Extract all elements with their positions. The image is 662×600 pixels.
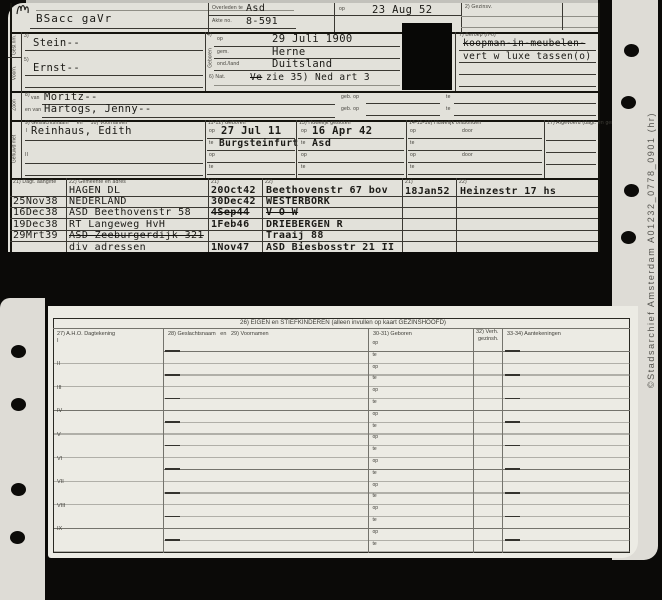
rule bbox=[334, 15, 461, 16]
address-entry: HAGEN DL bbox=[69, 186, 120, 196]
section-border bbox=[10, 91, 598, 93]
beroep-struck-value: koopman-in-meubelen- bbox=[463, 39, 585, 49]
rule bbox=[208, 207, 402, 208]
door-label: door bbox=[462, 153, 473, 158]
rule bbox=[298, 150, 404, 151]
op-label: op bbox=[339, 7, 345, 12]
divider bbox=[205, 32, 206, 91]
col27-header: 27) A.H.O. Dagtekening bbox=[57, 332, 115, 338]
rule bbox=[208, 218, 402, 219]
divider bbox=[205, 120, 206, 178]
rule bbox=[25, 163, 203, 164]
address-date-struck: 4Sep44 bbox=[211, 208, 250, 218]
row-dash bbox=[165, 516, 180, 518]
row-dash bbox=[165, 398, 180, 400]
rule bbox=[214, 85, 400, 86]
rule bbox=[25, 175, 203, 176]
rule bbox=[214, 70, 400, 71]
rule bbox=[402, 241, 598, 242]
row-numeral: VII bbox=[57, 480, 64, 486]
divider bbox=[455, 32, 456, 91]
rule bbox=[408, 150, 542, 151]
geb-op-label: geb. op bbox=[341, 95, 359, 100]
rule bbox=[402, 230, 598, 231]
overleden-label: Overleden te bbox=[212, 6, 243, 11]
rule bbox=[10, 196, 208, 197]
te-label: te bbox=[446, 95, 451, 100]
rule bbox=[208, 196, 402, 197]
punch-hole bbox=[621, 231, 636, 244]
akte-label: Akte no. bbox=[212, 19, 232, 24]
row-dash bbox=[165, 539, 180, 541]
col28-header: 28) Geslachtsnaam en 29) Voornamen bbox=[168, 332, 269, 338]
op-label: op bbox=[410, 129, 416, 134]
address-date: 20Oct42 bbox=[211, 186, 256, 196]
address-entry: div adressen bbox=[69, 243, 146, 253]
rule bbox=[42, 117, 335, 118]
rule bbox=[546, 140, 596, 141]
divider bbox=[21, 120, 22, 178]
firstname-value: Ernst-- bbox=[33, 63, 80, 74]
overleden-date: 23 Aug 52 bbox=[372, 5, 433, 16]
op-label: op bbox=[373, 506, 379, 511]
redaction-box bbox=[402, 23, 452, 90]
birth-gemeente: Herne bbox=[272, 47, 306, 58]
rule bbox=[10, 230, 208, 231]
birth-date: 29 Juli 1900 bbox=[272, 34, 353, 45]
rule bbox=[366, 103, 440, 104]
row-dash bbox=[505, 445, 520, 447]
row-dash bbox=[505, 350, 520, 352]
op-label: op bbox=[209, 153, 215, 158]
row2-marker: II bbox=[25, 153, 28, 158]
op-label: op bbox=[301, 129, 307, 134]
punch-hole bbox=[11, 483, 26, 496]
archive-watermark: ©Stadsarchief Amsterdam A01232_0778_0901… bbox=[646, 112, 656, 388]
row-numeral: IX bbox=[57, 527, 62, 533]
te-label: te bbox=[373, 353, 377, 358]
te-label: te bbox=[209, 165, 214, 170]
te-label: te bbox=[209, 141, 214, 146]
overleden-place: Asd bbox=[246, 4, 265, 14]
address-entry: DRIEBERGEN R bbox=[266, 220, 343, 230]
te-label: te bbox=[373, 376, 377, 381]
rule bbox=[461, 27, 598, 28]
field3-label: 3) bbox=[24, 34, 29, 39]
rule bbox=[402, 207, 598, 208]
rule bbox=[207, 162, 295, 163]
side-label-firstname: Voorn. bbox=[13, 66, 18, 80]
marriage-place: Asd bbox=[312, 139, 331, 149]
rule bbox=[10, 241, 208, 242]
punch-hole bbox=[621, 96, 636, 109]
mother-name: Hartogs, Jenny-- bbox=[44, 104, 152, 115]
address-entry: Beethovenstr 67 bov bbox=[266, 186, 388, 196]
punch-hole bbox=[624, 44, 639, 57]
divider bbox=[334, 3, 335, 32]
row-dash bbox=[505, 421, 520, 423]
row-numeral: V bbox=[57, 433, 61, 439]
row-dash bbox=[505, 398, 520, 400]
op-label: op bbox=[373, 365, 379, 370]
rule bbox=[408, 174, 542, 175]
en-van-label: en van bbox=[25, 108, 41, 113]
spouse-name: Reinhaus, Edith bbox=[31, 126, 132, 137]
rule bbox=[454, 103, 596, 104]
divider bbox=[21, 91, 22, 120]
te-label: te bbox=[301, 165, 306, 170]
op-label: op bbox=[373, 483, 379, 488]
rule bbox=[408, 138, 542, 139]
punch-hole bbox=[10, 531, 25, 544]
op-label: op bbox=[373, 341, 379, 346]
op-label: op bbox=[373, 412, 379, 417]
row-dash bbox=[165, 421, 180, 423]
rule bbox=[459, 62, 596, 63]
rule bbox=[25, 87, 203, 88]
address-date: 29Mrt39 bbox=[13, 231, 58, 241]
rule bbox=[25, 75, 203, 76]
rule bbox=[459, 74, 596, 75]
divider bbox=[21, 32, 22, 91]
row-numeral: I bbox=[57, 339, 59, 345]
rule bbox=[461, 16, 598, 17]
nat-label: 6) Nat. bbox=[209, 75, 225, 80]
divider bbox=[544, 120, 545, 178]
card-border-right bbox=[598, 3, 600, 252]
row-dash bbox=[505, 539, 520, 541]
row-numeral: VI bbox=[57, 457, 62, 463]
address-entry-struck: V O W bbox=[266, 208, 298, 218]
rule bbox=[546, 164, 596, 165]
op-label: op bbox=[373, 530, 379, 535]
address-entry: ASD Biesbosstr 21 II bbox=[266, 243, 394, 253]
te-label: te bbox=[373, 447, 377, 452]
te-label: te bbox=[410, 165, 415, 170]
spouse-birth-date: 27 Jul 11 bbox=[221, 126, 282, 137]
col30-header: 30-31) Geboren bbox=[373, 332, 412, 338]
punch-hole bbox=[11, 398, 26, 411]
left-margin-strip bbox=[0, 298, 45, 600]
address-date: 1Nov47 bbox=[211, 243, 250, 253]
side-label-gehuwd-met: Gehuwd met bbox=[13, 135, 18, 163]
rule bbox=[298, 162, 404, 163]
te-label: te bbox=[410, 141, 415, 146]
punch-hole bbox=[624, 184, 639, 197]
op-label: op bbox=[217, 37, 223, 42]
children-grid-lines bbox=[164, 340, 630, 552]
address-date: 25Nov38 bbox=[13, 197, 58, 207]
row-numeral: VIII bbox=[57, 504, 65, 510]
geb-op-label: geb. op bbox=[341, 107, 359, 112]
op-label: op bbox=[373, 388, 379, 393]
rule bbox=[53, 328, 630, 329]
nat-struck-value: Ve bbox=[250, 73, 262, 83]
te-label: te bbox=[373, 424, 377, 429]
op-label: op bbox=[301, 153, 307, 158]
spouse-birth-place: Burgsteinfurt bbox=[219, 139, 299, 149]
side-label-geboren: Geboren bbox=[209, 48, 214, 67]
divider bbox=[8, 57, 21, 58]
gezinsv-label: 2) Gezinsv. bbox=[465, 5, 492, 10]
rule bbox=[207, 150, 295, 151]
row1-marker: I bbox=[26, 129, 28, 134]
marriage-date: 16 Apr 42 bbox=[312, 126, 373, 137]
rule bbox=[214, 46, 400, 47]
rule bbox=[546, 152, 596, 153]
nat-value: zie 35) Ned art 3 bbox=[266, 73, 370, 83]
divider bbox=[562, 3, 563, 30]
row-dash bbox=[505, 374, 520, 376]
addr-date-header: 21) bbox=[405, 180, 413, 185]
te-label: te bbox=[373, 400, 377, 405]
address-entry: NEDERLAND bbox=[69, 197, 127, 207]
divider bbox=[208, 3, 209, 32]
row-numeral: II bbox=[57, 362, 60, 368]
row-dash bbox=[165, 492, 180, 494]
field4-label: 4) bbox=[207, 33, 212, 38]
rule bbox=[408, 162, 542, 163]
side-label-surname: Gesl.nm. bbox=[13, 35, 18, 55]
col32-header: 32) Verh. bbox=[476, 330, 498, 336]
rule bbox=[366, 115, 440, 116]
addr-date-header: 21) Dagt. aangifte bbox=[13, 180, 56, 185]
field8-label: 8) bbox=[25, 93, 30, 98]
rule bbox=[30, 28, 296, 29]
side-label-zoon: Zoon bbox=[13, 99, 18, 110]
rule bbox=[207, 174, 295, 175]
children-section-title: 26) EIGEN en STIEFKINDEREN (alleen invul… bbox=[240, 320, 446, 326]
father-name: Moritz-- bbox=[44, 92, 98, 103]
addr-header: 22) bbox=[459, 180, 467, 185]
address-date: 1Feb46 bbox=[211, 220, 250, 230]
rule bbox=[25, 50, 203, 51]
birth-land: Duitsland bbox=[272, 59, 333, 70]
te-label: te bbox=[373, 471, 377, 476]
ontbonden-header: 14-15-16) Huwelijk ontbonden bbox=[409, 121, 481, 126]
address-entry: RT Langeweg HvH bbox=[69, 220, 165, 230]
afgevoerd-header: 17) Afgevoerd (dagt. en gem.) bbox=[547, 121, 619, 126]
rule bbox=[10, 218, 208, 219]
gem-label: gem. bbox=[217, 50, 229, 55]
address-entry-struck: ASD Zeeburgerdijk 321 bbox=[69, 231, 204, 241]
row-numeral: IV bbox=[57, 409, 62, 415]
te-label: te bbox=[373, 494, 377, 499]
row-dash bbox=[165, 374, 180, 376]
rule bbox=[459, 86, 596, 87]
surname-value: Stein-- bbox=[33, 38, 80, 49]
te-label: te bbox=[373, 518, 377, 523]
land-label: ond./land bbox=[217, 62, 239, 67]
address-date: 16Dec38 bbox=[13, 208, 58, 218]
col33-header: 33-34) Aantekeningen bbox=[507, 332, 561, 338]
op-label: op bbox=[410, 153, 416, 158]
op-label: op bbox=[373, 459, 379, 464]
row-numeral: III bbox=[57, 386, 62, 392]
address-date: 30Dec42 bbox=[211, 197, 256, 207]
address-entry: ASD Beethovenstr 58 bbox=[69, 208, 191, 218]
address-entry: Traaij 88 bbox=[266, 231, 324, 241]
row-dash bbox=[505, 492, 520, 494]
door-label: door bbox=[462, 129, 473, 134]
van-label: van bbox=[31, 96, 40, 101]
akte-number: 8-591 bbox=[246, 17, 278, 27]
rule bbox=[402, 196, 598, 197]
date-column-grid-lines bbox=[54, 340, 163, 552]
te-label: te bbox=[373, 542, 377, 547]
rule bbox=[208, 241, 402, 242]
scanned-archive-card-page: BSacc gaVr Overleden te Asd Akte no. 8-5… bbox=[0, 0, 662, 600]
te-label: te bbox=[446, 107, 451, 112]
punch-hole bbox=[11, 345, 26, 358]
beroep-value: vert w luxe tassen(o) bbox=[463, 52, 592, 62]
address-entry: WESTERBORK bbox=[266, 197, 330, 207]
field5-label: 5) bbox=[24, 58, 29, 63]
address-date: 19Dec38 bbox=[13, 220, 58, 230]
registration-code: BSacc gaVr bbox=[36, 13, 112, 24]
op-label: op bbox=[209, 129, 215, 134]
rule bbox=[25, 140, 203, 141]
rule bbox=[10, 207, 208, 208]
row-dash bbox=[165, 445, 180, 447]
rule bbox=[298, 174, 404, 175]
rule bbox=[454, 115, 596, 116]
rule bbox=[402, 218, 598, 219]
rule bbox=[208, 230, 402, 231]
divider bbox=[406, 120, 407, 178]
te-label: te bbox=[301, 141, 306, 146]
row-dash bbox=[165, 350, 180, 352]
row-dash bbox=[505, 516, 520, 518]
row-dash bbox=[505, 468, 520, 470]
row-dash bbox=[165, 468, 180, 470]
op-label: op bbox=[373, 435, 379, 440]
divider bbox=[296, 120, 297, 178]
